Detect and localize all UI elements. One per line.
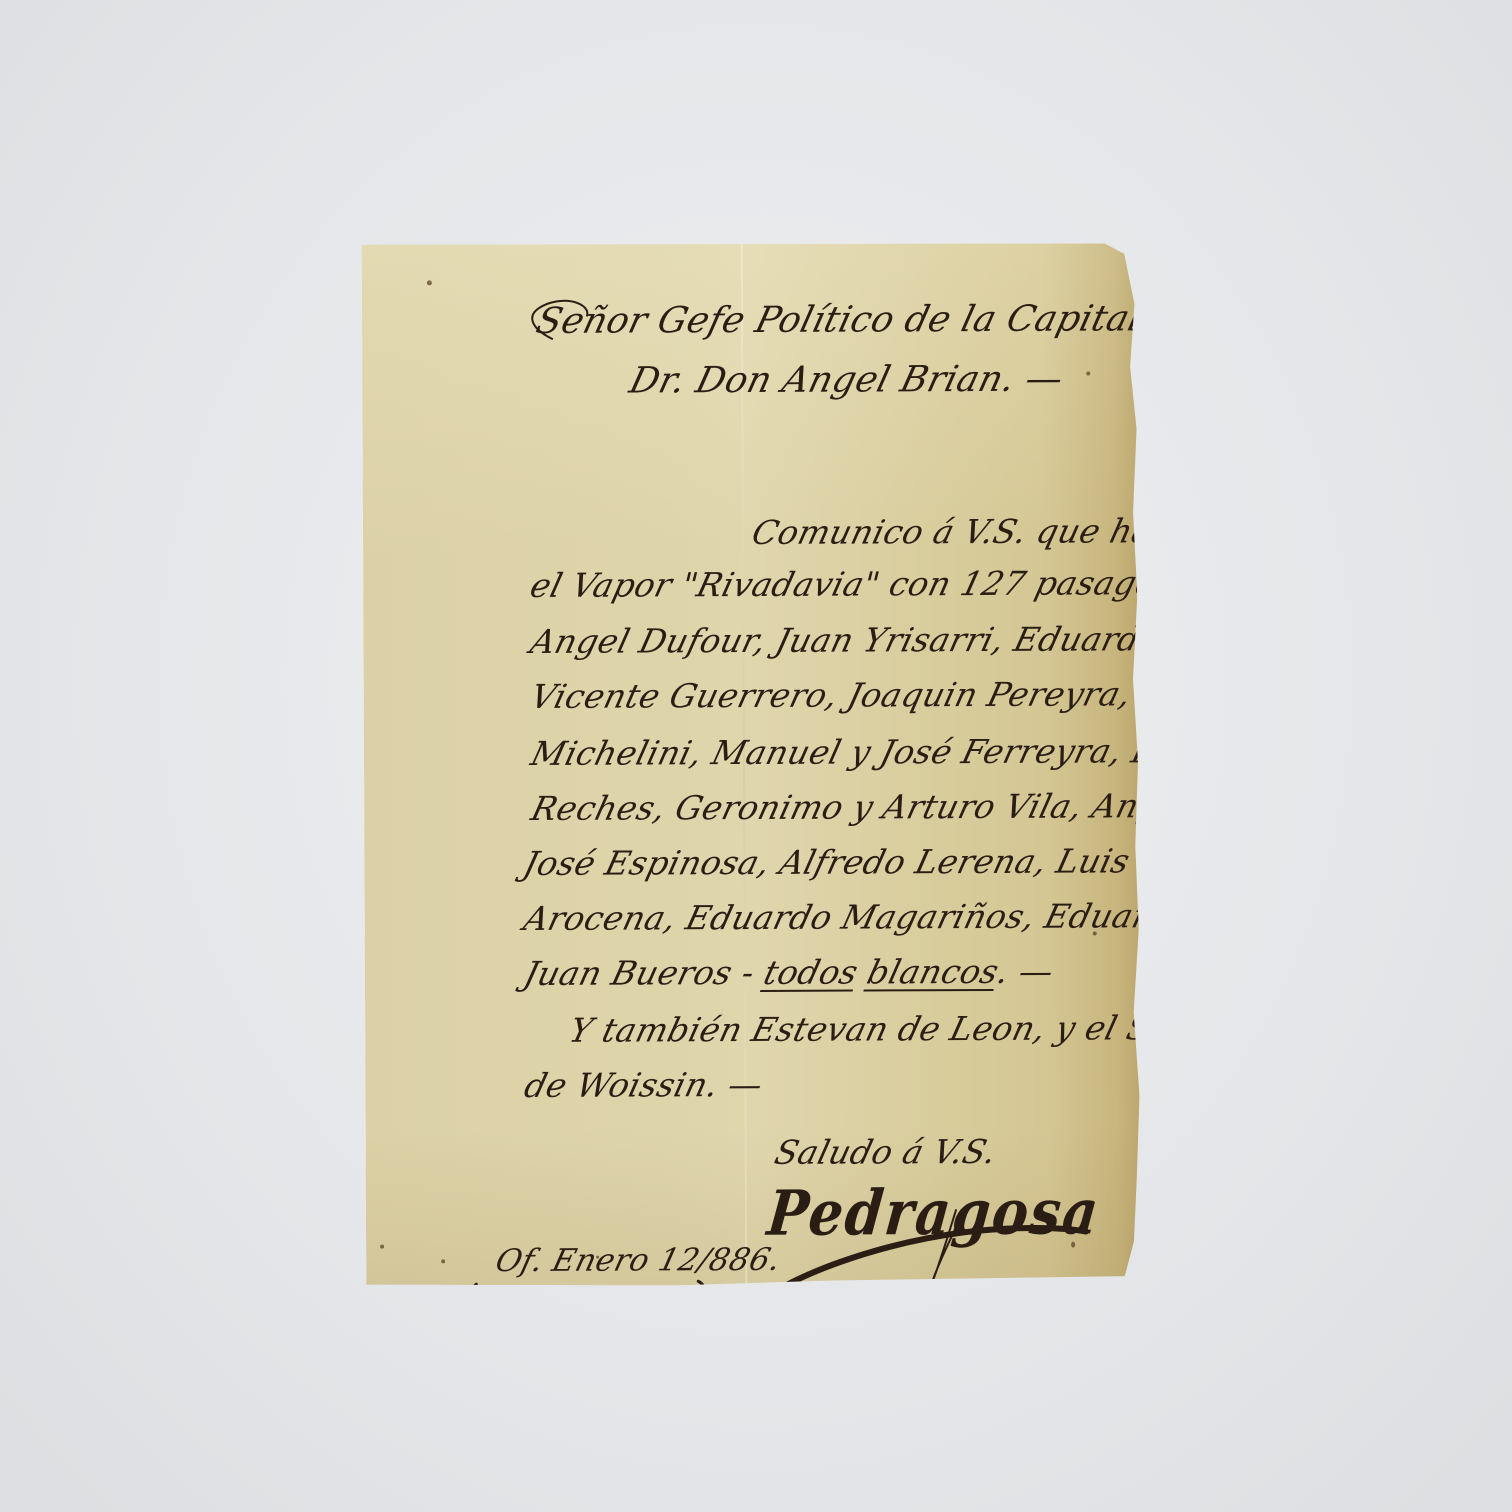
letter-paper: Señor Gefe Político de la Capital Dr. Do…: [362, 241, 1141, 1286]
capital-s-flourish: [532, 301, 587, 339]
signature-underline-flourish: [738, 1228, 1086, 1318]
date-underline-flourish: [471, 1281, 704, 1328]
pen-flourishes: [362, 241, 1141, 1286]
